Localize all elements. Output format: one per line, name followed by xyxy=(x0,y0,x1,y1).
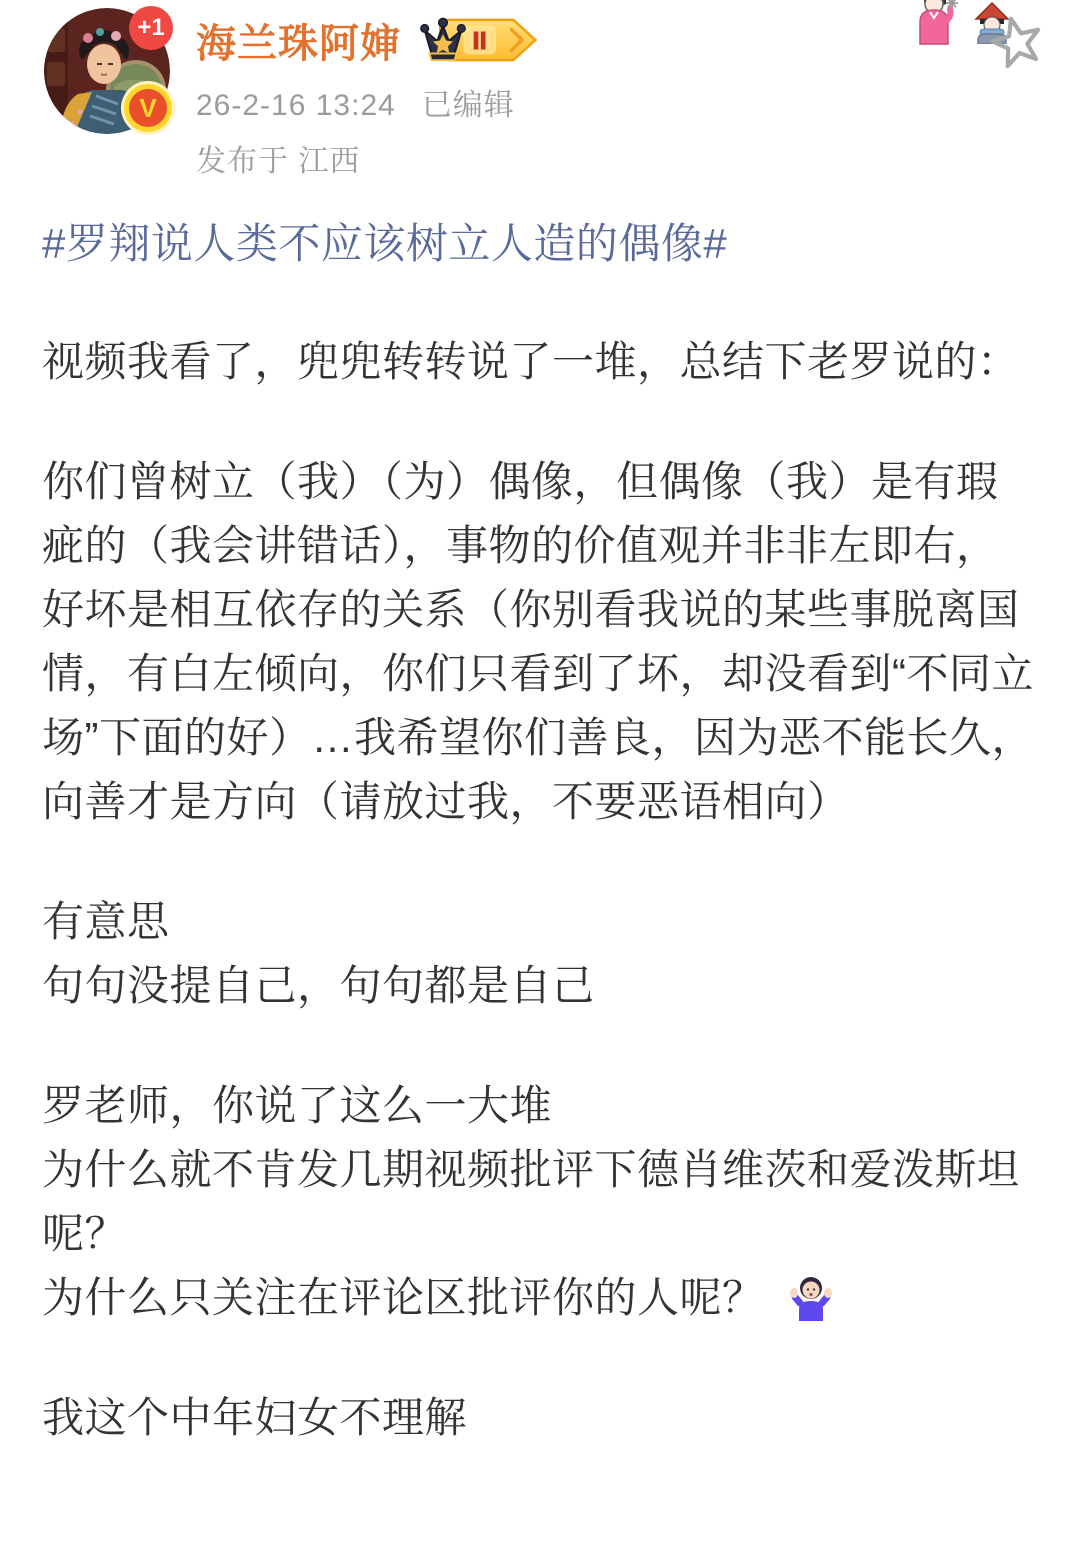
weibo-post-screen: +1 V 海兰珠阿婶 xyxy=(0,0,1080,1548)
post-paragraph-5: 我这个中年妇女不理解 xyxy=(42,1386,1036,1450)
location: 发布于 江西 xyxy=(196,145,360,178)
username[interactable]: 海兰珠阿婶 xyxy=(196,12,401,69)
location-row: 发布于 江西 xyxy=(196,136,540,180)
vip-level-badge[interactable]: Ⅱ xyxy=(417,14,540,66)
user-info: 海兰珠阿婶 Ⅱ xyxy=(196,8,540,180)
post-paragraph-2: 你们曾树立（我）（为）偶像，但偶像（我）是有瑕疵的（我会讲错话），事物的价值观并… xyxy=(42,450,1036,834)
post-paragraph-3: 有意思 句句没提自己，句句都是自己 xyxy=(42,890,1036,1018)
follow-plus-one-badge[interactable]: +1 xyxy=(129,6,173,50)
star-outline-icon xyxy=(984,10,1049,75)
vip-crown-banner-icon: Ⅱ xyxy=(417,14,540,66)
vip-level-numeral: Ⅱ xyxy=(471,28,487,56)
avatar[interactable]: +1 V xyxy=(44,8,170,134)
hashtag-topic-link[interactable]: #罗翔说人类不应该树立人造的偶像# xyxy=(42,214,1036,274)
timestamp: 26-2-16 13:24 xyxy=(196,89,396,122)
pink-coat-girl-sticker xyxy=(912,0,958,46)
post-paragraph-4: 罗老师，你说了这么一大堆 为什么就不肯发几期视频批评下德肖维茨和爱泼斯坦呢？ 为… xyxy=(42,1074,1036,1330)
name-row: 海兰珠阿婶 Ⅱ xyxy=(196,12,540,68)
post-paragraph-4-text: 罗老师，你说了这么一大堆 为什么就不肯发几期视频批评下德肖维茨和爱泼斯坦呢？ 为… xyxy=(42,1082,1020,1321)
post-content: #罗翔说人类不应该树立人造的偶像# 视频我看了，兜兜转转说了一堆，总结下老罗说的… xyxy=(0,214,1080,1450)
verified-v-badge: V xyxy=(124,84,172,132)
timestamp-row: 26-2-16 13:24已编辑 xyxy=(196,80,540,124)
woman-shrugging-emoji xyxy=(787,1273,835,1321)
post-paragraph-1: 视频我看了，兜兜转转说了一堆，总结下老罗说的： xyxy=(42,330,1036,394)
verified-v-letter: V xyxy=(129,89,167,127)
post-header: +1 V 海兰珠阿婶 xyxy=(0,0,1080,180)
edited-badge: 已编辑 xyxy=(422,89,515,122)
